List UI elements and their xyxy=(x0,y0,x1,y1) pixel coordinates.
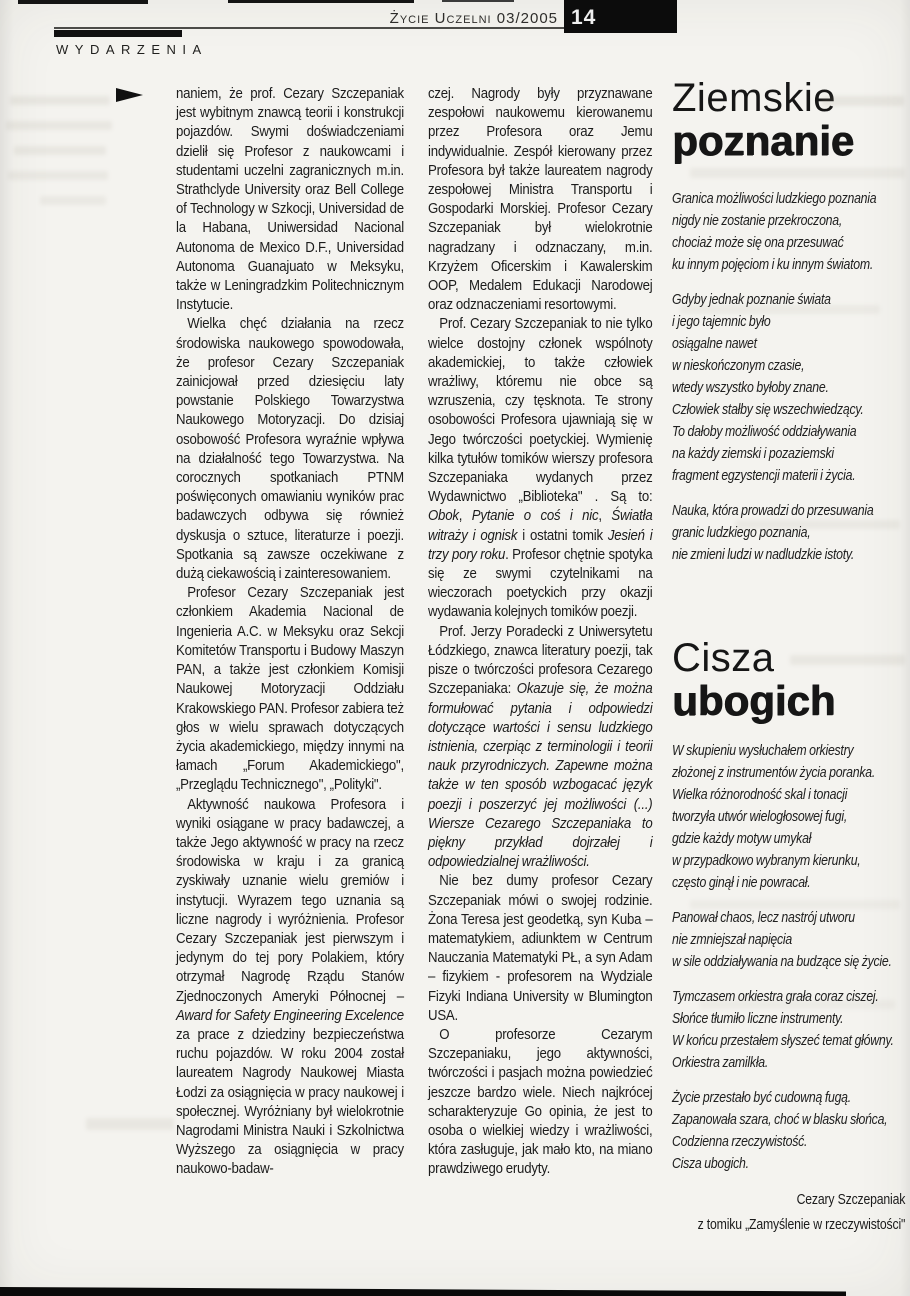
paragraph: O profesorze Cezarym Szczepaniaku, jego … xyxy=(428,1025,652,1179)
poem-line: Tymczasem orkiestra grała coraz ciszej. xyxy=(672,986,905,1008)
poem-stanza: Życie przestało być cudowną fugą.Zapanow… xyxy=(672,1087,905,1175)
poem-stanza: W skupieniu wysłuchałem orkiestryzłożone… xyxy=(672,740,905,894)
poem-line: granic ludzkiego poznania, xyxy=(672,522,905,544)
poem-line: Codzienna rzeczywistość. xyxy=(672,1131,905,1153)
poem-line: Słońce tłumiło liczne instrumenty. xyxy=(672,1008,905,1030)
body-text: , xyxy=(598,507,611,524)
paragraph: naniem, że prof. Cezary Szczepaniak jest… xyxy=(176,84,404,314)
bleedthrough-artifact xyxy=(86,1118,174,1130)
poem-line: Wielka różnorodność skal i tonacji xyxy=(672,784,905,806)
bottom-rule xyxy=(0,1287,846,1296)
poem-line: Granica możliwości ludzkiego poznania xyxy=(672,188,905,210)
poem-line: Orkiestra zamilkła. xyxy=(672,1052,905,1074)
poem-line: To dałoby możliwość oddziaływania xyxy=(672,421,905,443)
poem-line: Panował chaos, lecz nastrój utworu xyxy=(672,907,905,929)
italic-text: Pytanie o coś i nic xyxy=(472,507,599,524)
poem-title-line-bold: ubogich xyxy=(672,678,908,724)
poem-line: fragment egzystencji materii i życia. xyxy=(672,465,905,487)
paragraph: Profesor Cezary Szczepaniak jest członki… xyxy=(176,583,404,794)
poem-line: nie zmieni ludzi w nadludzkie istoty. xyxy=(672,544,905,566)
poem-line: na każdy ziemski i pozaziemski xyxy=(672,443,905,465)
body-text: Wielka chęć działania na rzecz środowisk… xyxy=(176,315,404,582)
poem-line: Zapanowała szara, choć w blasku słońca, xyxy=(672,1109,905,1131)
italic-text: Okazuje się, że można formułować pytania… xyxy=(428,680,652,870)
poem-stanza: Panował chaos, lecz nastrój utworunie zm… xyxy=(672,907,905,973)
poem-line: i jego tajemnic było xyxy=(672,311,905,333)
poem-line: W skupieniu wysłuchałem orkiestry xyxy=(672,740,905,762)
paragraph: Nie bez dumy profesor Cezary Szczepaniak… xyxy=(428,871,652,1025)
paragraph: czej. Nagrody były przyznawane zespołowi… xyxy=(428,84,652,314)
poem-attribution: Cezary Szczepaniak z tomiku „Zamyślenie … xyxy=(672,1188,905,1238)
bleedthrough-artifact xyxy=(6,121,112,130)
poem-line: Gdyby jednak poznanie świata xyxy=(672,289,905,311)
continuation-arrow-icon xyxy=(116,88,143,102)
poem-line: tworzyła utwór wielogłosowej fugi, xyxy=(672,806,905,828)
journal-title: Życie Uczelni 03/2005 xyxy=(390,10,558,27)
scan-artifact xyxy=(228,0,414,3)
poem-stanza: Gdyby jednak poznanie światai jego tajem… xyxy=(672,289,905,487)
poem-line: chociaż może się ona przesuwać xyxy=(672,232,905,254)
poem-title-ziemskie-poznanie: Ziemskie poznanie xyxy=(672,78,908,164)
body-text: Prof. Cezary Szczepaniak to nie tylko wi… xyxy=(428,315,652,505)
poem-line: nigdy nie zostanie przekroczona, xyxy=(672,210,905,232)
poem-stanza: Nauka, która prowadzi do przesuwaniagran… xyxy=(672,500,905,566)
poem-line: często ginął i nie powracał. xyxy=(672,872,905,894)
bleedthrough-artifact xyxy=(40,196,106,205)
poem-title-cisza-ubogich: Cisza ubogich xyxy=(672,638,908,724)
scanned-page: Życie Uczelni 03/2005 14 WYDARZENIA nani… xyxy=(0,0,910,1296)
poem-line: wtedy wszystko byłoby znane. xyxy=(672,377,905,399)
header-rule xyxy=(54,27,564,29)
poem-title-line-bold: poznanie xyxy=(672,118,908,164)
paragraph: Aktywność naukowa Profesora i wyniki osi… xyxy=(176,795,404,1179)
poem-line: Człowiek stałby się wszechwiedzący. xyxy=(672,399,905,421)
bleedthrough-artifact xyxy=(10,96,110,105)
poem-line: ku innym pojęciom i ku innym światom. xyxy=(672,254,905,276)
poem-cisza-ubogich: W skupieniu wysłuchałem orkiestryzłożone… xyxy=(672,740,905,1175)
article-column-1: naniem, że prof. Cezary Szczepaniak jest… xyxy=(176,84,404,1179)
poem-line: nie zmniejszał napięcia xyxy=(672,929,905,951)
body-text: Nie bez dumy profesor Cezary Szczepaniak… xyxy=(428,872,652,1023)
poem-line: osiągalne nawet xyxy=(672,333,905,355)
article-column-2: czej. Nagrody były przyznawane zespołowi… xyxy=(428,84,652,1179)
italic-text: Obok xyxy=(428,507,459,524)
poem-stanza: Tymczasem orkiestra grała coraz ciszej.S… xyxy=(672,986,905,1074)
poem-line: złożonej z instrumentów życia poranka. xyxy=(672,762,905,784)
page-number: 14 xyxy=(571,6,596,30)
body-text: Profesor Cezary Szczepaniak jest członki… xyxy=(176,584,404,793)
scan-artifact xyxy=(442,0,514,2)
poem-line: Nauka, która prowadzi do przesuwania xyxy=(672,500,905,522)
body-text: O profesorze Cezarym Szczepaniaku, jego … xyxy=(428,1026,652,1177)
poem-line: w przypadkowo wybranym kierunku, xyxy=(672,850,905,872)
paragraph: Prof. Cezary Szczepaniak to nie tylko wi… xyxy=(428,314,652,621)
body-text: , xyxy=(459,507,472,524)
poem-line: gdzie każdy motyw umykał xyxy=(672,828,905,850)
paragraph: Prof. Jerzy Poradecki z Uniwersytetu Łód… xyxy=(428,622,652,872)
poetry-column: Ziemskie poznanie Granica możliwości lud… xyxy=(672,78,908,1238)
poem-line: w nieskończonym czasie, xyxy=(672,355,905,377)
italic-text: Award for Safety Engineering Excelence xyxy=(176,1007,404,1024)
body-text: naniem, że prof. Cezary Szczepaniak jest… xyxy=(176,85,404,313)
poem-ziemskie-poznanie: Granica możliwości ludzkiego poznanianig… xyxy=(672,188,905,566)
attribution-source: z tomiku „Zamyślenie w rzeczywistości" xyxy=(672,1213,905,1238)
poem-line: w sile oddziaływania na budzące się życi… xyxy=(672,951,905,973)
section-bar xyxy=(54,30,182,37)
body-text: czej. Nagrody były przyznawane zespołowi… xyxy=(428,85,652,313)
bleedthrough-artifact xyxy=(14,146,106,155)
scan-artifact xyxy=(18,0,148,4)
attribution-author: Cezary Szczepaniak xyxy=(672,1188,905,1213)
poem-line: Cisza ubogich. xyxy=(672,1153,905,1175)
poem-line: W końcu przestałem słyszeć temat główny. xyxy=(672,1030,905,1052)
body-text: Aktywność naukowa Profesora i wyniki osi… xyxy=(176,796,404,1005)
poem-stanza: Granica możliwości ludzkiego poznanianig… xyxy=(672,188,905,276)
body-text: za prace z dziedziny bezpieczeństwa ruch… xyxy=(176,1026,404,1177)
poem-title-line-light: Cisza xyxy=(672,638,908,678)
section-label: WYDARZENIA xyxy=(56,42,208,57)
bleedthrough-artifact xyxy=(8,171,108,180)
page-number-box: 14 xyxy=(564,0,677,33)
paragraph: Wielka chęć działania na rzecz środowisk… xyxy=(176,314,404,583)
poem-line: Życie przestało być cudowną fugą. xyxy=(672,1087,905,1109)
body-text: i ostatni tomik xyxy=(517,527,608,544)
poem-title-line-light: Ziemskie xyxy=(672,78,908,118)
